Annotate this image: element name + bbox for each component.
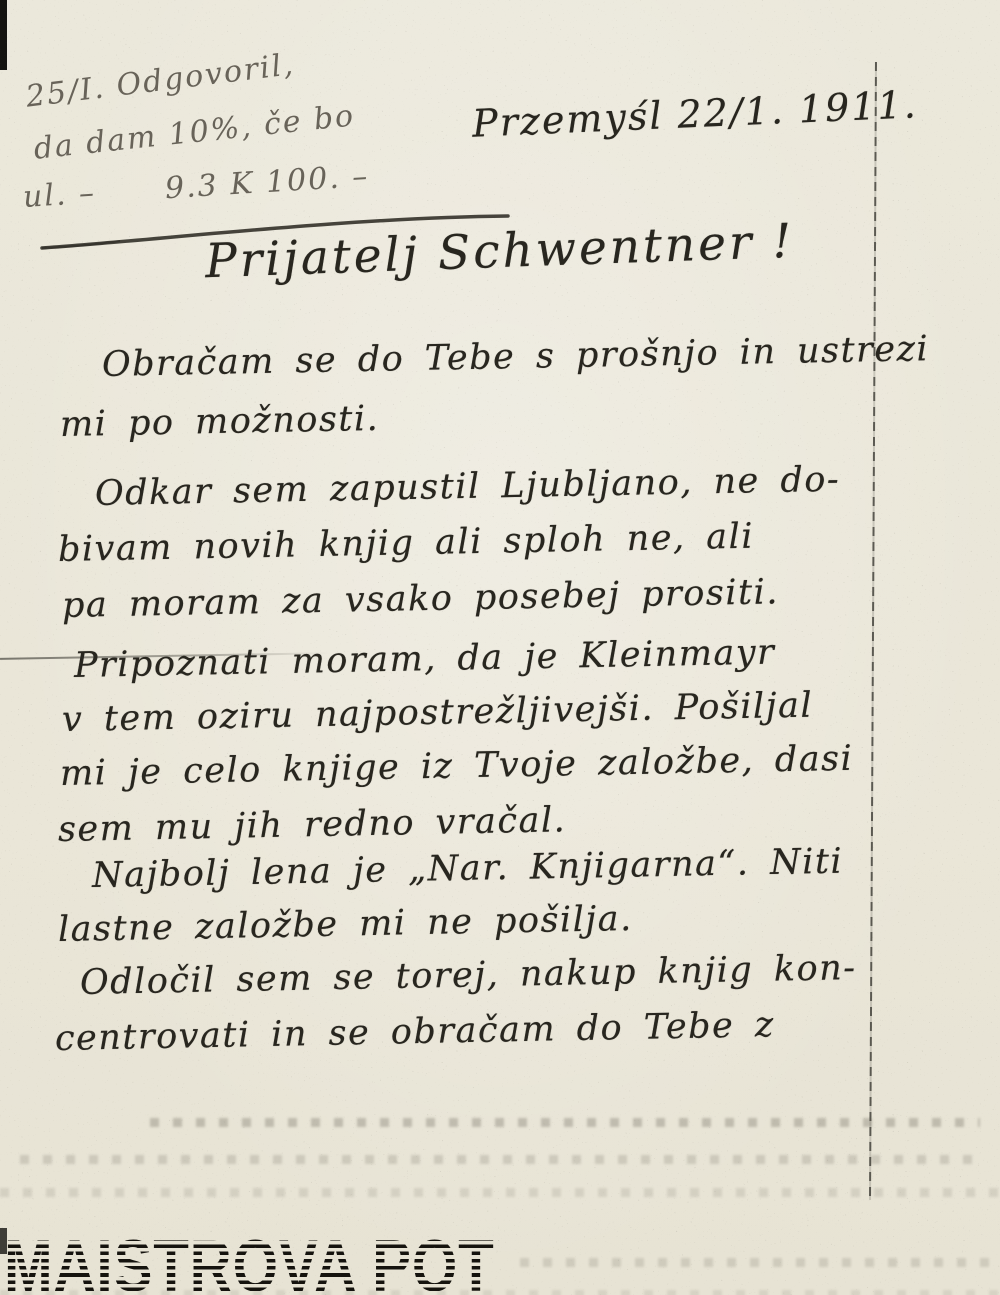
dateline: Przemyśl 22/1. 1911. <box>471 82 918 145</box>
pencil-annotation-line-1: 25/I. Odgovoril, <box>24 47 297 115</box>
bleedthrough-ghost-row <box>520 1258 990 1267</box>
body-line: mi je celo knjige iz Tvoje založbe, dasi <box>60 739 854 794</box>
body-line: pa moram za vsako posebej prositi. <box>62 572 780 626</box>
body-line: Obračam se do Tebe s prošnjo in ustrezi <box>102 329 930 385</box>
body-line: lastne založbe mi ne pošilja. <box>58 899 633 950</box>
bleedthrough-ghost-row <box>20 1155 980 1164</box>
bleedthrough-ghost-row <box>0 1188 1000 1197</box>
watermark-maistrova-pot: MAISTROVA POT <box>4 1230 495 1295</box>
pencil-annotation-line-2: da dam 10%, če bo <box>32 98 357 167</box>
body-line: Odločil sem se torej, nakup knjig kon- <box>80 948 857 1003</box>
body-line: v tem oziru najpostrežljivejši. Pošiljal <box>62 686 814 740</box>
body-line: Najbolj lena je „Nar. Knjigarna“. Niti <box>92 842 844 896</box>
vertical-fold-line <box>869 62 877 1200</box>
salutation: Prijatelj Schwentner ! <box>204 214 795 290</box>
body-line: Pripoznati moram, da je Kleinmayr <box>74 633 776 686</box>
letter-scan-page: 25/I. Odgovoril, da dam 10%, če bo ul. –… <box>0 0 1000 1295</box>
body-line: sem mu jih redno vračal. <box>58 800 567 850</box>
body-line: centrovati in se obračam do Tebe z <box>55 1005 776 1059</box>
body-line: bivam novih knjig ali sploh ne, ali <box>58 517 755 570</box>
scan-edge-artifact-top <box>0 0 7 70</box>
bleedthrough-ghost-row <box>150 1118 980 1127</box>
pencil-annotation-line-3: ul. – 9.3 K 100. – <box>22 159 370 215</box>
body-line: Odkar sem zapustil Ljubljano, ne do- <box>95 460 841 514</box>
body-line: mi po možnosti. <box>60 399 380 445</box>
